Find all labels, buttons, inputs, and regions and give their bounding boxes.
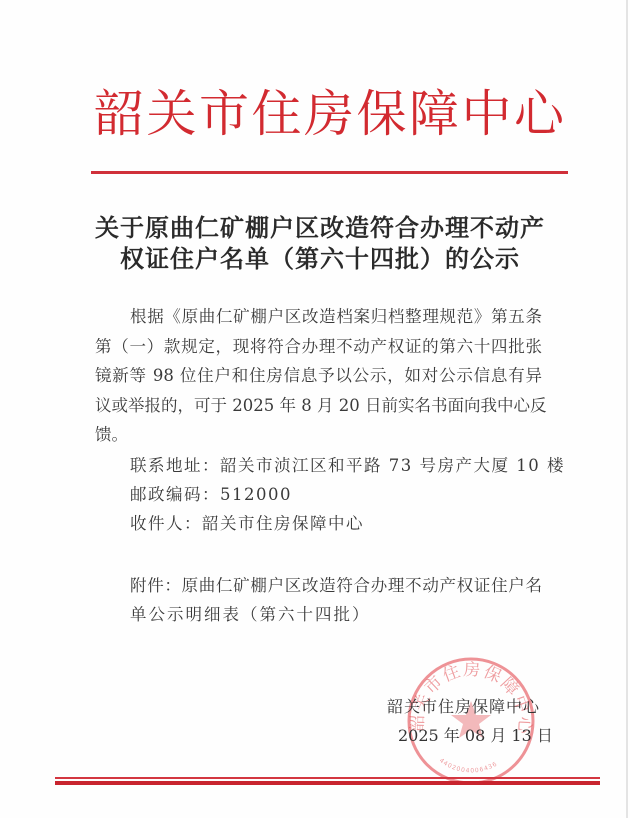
document-title-line-1: 关于原曲仁矿棚户区改造符合办理不动产 (90, 208, 550, 243)
paragraph-line: 馈。 (95, 424, 128, 446)
recipient: 收件人：韶关市住房保障中心 (130, 513, 364, 535)
masthead-char: 房 (304, 82, 354, 146)
masthead-char: 障 (409, 82, 459, 146)
paragraph-line: 镜新等 98 位住户和住房信息予以公示，如对公示信息有异 (95, 365, 542, 387)
footer-rule-thin (55, 777, 600, 779)
signature-org: 韶关市住房保障中心 (387, 694, 540, 717)
official-seal-stamp: 韶关市住房保障中心 4402004006436 (405, 655, 537, 787)
masthead-org-name: 韶 关 市 住 房 保 障 中 心 (94, 82, 564, 146)
document-title-line-2: 权证住户名单（第六十四批）的公示 (90, 239, 550, 274)
attachment-line: 附件：原曲仁矿棚户区改造符合办理不动产权证住户名 (130, 575, 542, 597)
svg-text:4402004006436: 4402004006436 (438, 757, 499, 774)
masthead-char: 关 (147, 82, 197, 146)
masthead-char: 韶 (94, 82, 144, 146)
masthead-char: 市 (199, 82, 249, 146)
masthead-char: 中 (462, 82, 512, 146)
masthead-char: 保 (357, 82, 407, 146)
paragraph-line: 第（一）款规定，现将符合办理不动产权证的第六十四批张 (95, 336, 542, 358)
signature-date: 2025 年 08 月 13 日 (398, 723, 553, 746)
masthead-char: 心 (514, 82, 564, 146)
masthead-char: 住 (252, 82, 302, 146)
contact-address: 联系地址：韶关市浈江区和平路 73 号房产大厦 10 楼 (130, 455, 565, 477)
footer-rule-thick (55, 781, 600, 785)
postal-code: 邮政编码：512000 (130, 484, 292, 506)
document-page: 韶 关 市 住 房 保 障 中 心 关于原曲仁矿棚户区改造符合办理不动产 权证住… (0, 0, 630, 818)
masthead-divider (91, 171, 568, 174)
scan-edge (626, 0, 628, 818)
paragraph-line: 根据《原曲仁矿棚户区改造档案归档整理规范》第五条 (130, 306, 542, 328)
paragraph-line: 议或举报的，可于 2025 年 8 月 20 日前实名书面向我中心反 (95, 395, 542, 417)
attachment-line: 单公示明细表（第六十四批） (130, 604, 371, 626)
